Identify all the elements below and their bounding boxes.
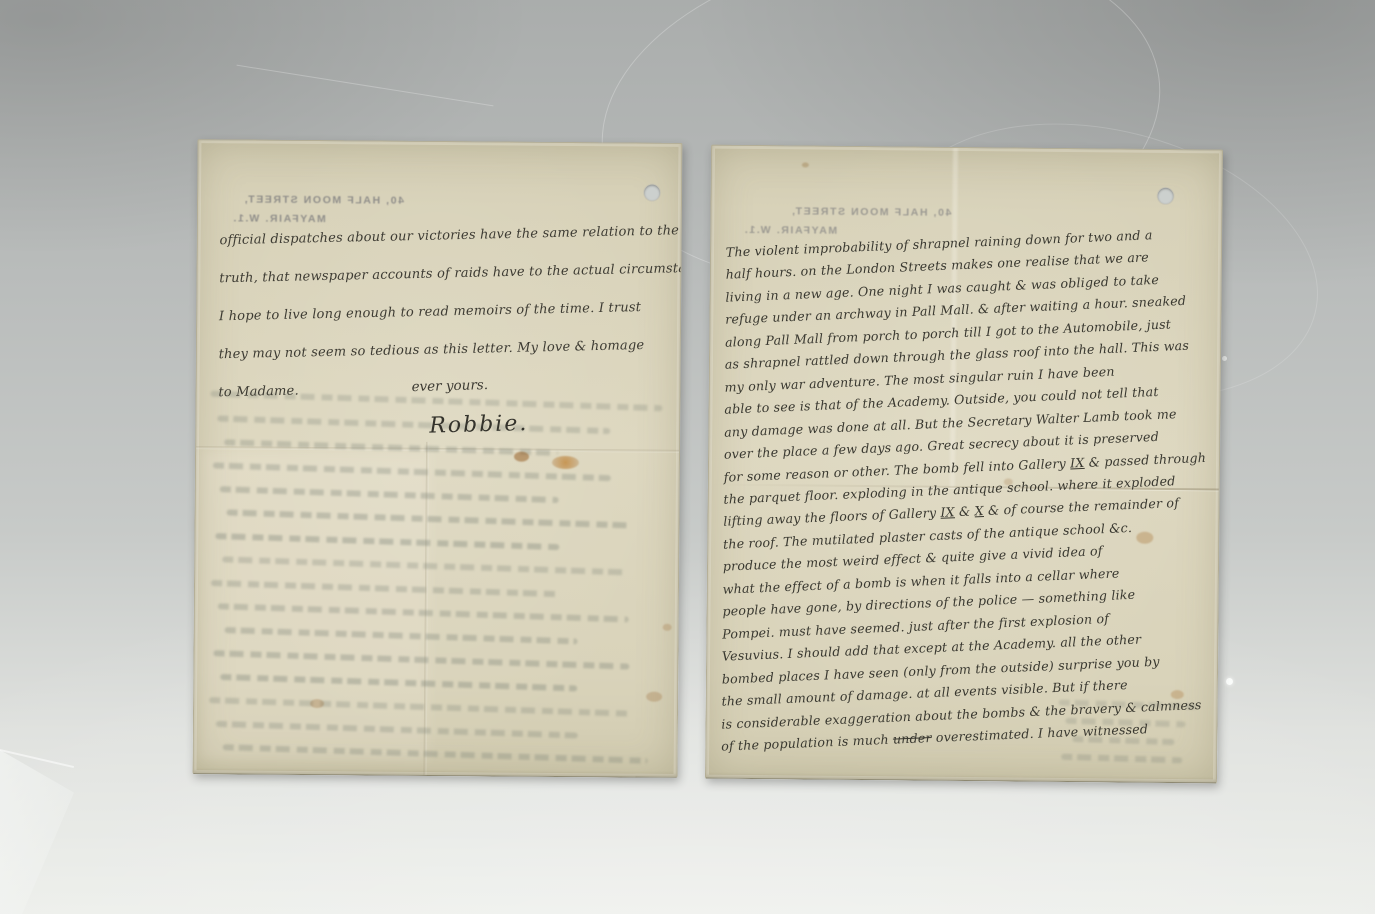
letter-page-left: 40, HALF MOON STREET, MAYFAIR. W.1. offi…: [193, 139, 683, 778]
foxing-stain: [1004, 478, 1013, 485]
ink-showthrough-line: [220, 486, 559, 503]
foxing-stain: [552, 456, 579, 469]
letterhead-address-line1: 40, HALF MOON STREET,: [737, 202, 951, 223]
surface-scratch: [237, 65, 494, 107]
ink-showthrough-line: [223, 744, 648, 764]
punch-hole: [644, 185, 660, 201]
plastic-sleeve-corner: [0, 750, 74, 914]
ink-showthrough-line: [224, 439, 558, 456]
valediction: ever yours.: [411, 377, 488, 395]
dust-speck: [1226, 678, 1233, 685]
foxing-stain: [646, 692, 662, 702]
ink-showthrough-line: [215, 533, 559, 550]
gallery-numeral: IX: [1070, 454, 1085, 470]
line-segment: & of course the remainder of: [983, 495, 1179, 518]
line-segment: of the population is much: [721, 732, 893, 754]
ink-showthrough-line: [225, 627, 578, 644]
dust-speck: [1222, 356, 1227, 361]
ink-showthrough-line: [222, 556, 629, 575]
handwriting-block: The violent improbability of shrapnel ra…: [721, 242, 1214, 763]
foxing-stain: [802, 162, 809, 167]
foxing-stain: [663, 624, 672, 631]
ink-showthrough-line: [217, 415, 610, 434]
struck-word: under: [893, 730, 932, 747]
ink-showthrough-line: [213, 650, 629, 669]
ink-showthrough-block: [208, 396, 663, 758]
line-segment: & passed through: [1084, 449, 1206, 469]
photograph-of-letter: { "colors": { "background_grey": "#c3c6c…: [0, 0, 1375, 914]
ink-showthrough-line: [211, 580, 559, 597]
foxing-stain: [310, 699, 324, 708]
foxing-stain: [1136, 532, 1153, 544]
line-segment: &: [954, 504, 974, 520]
foxing-stain: [1171, 690, 1184, 699]
signature: Robbie.: [429, 411, 529, 439]
ink-showthrough-line: [220, 674, 577, 692]
ink-showthrough-line: [209, 697, 629, 717]
foxing-stain: [514, 452, 529, 462]
punch-hole: [1158, 188, 1174, 204]
ink-showthrough-line: [227, 509, 629, 528]
line-segment: overestimated. I have witnessed: [931, 721, 1148, 745]
ink-showthrough-line: [216, 721, 578, 739]
gallery-numeral: IX: [940, 505, 955, 521]
ink-showthrough-line: [213, 462, 611, 481]
letter-page-right: 40, HALF MOON STREET, MAYFAIR. W.1. The …: [705, 145, 1223, 784]
letterhead-address-line1: 40, HALF MOON STREET,: [226, 190, 404, 210]
ink-showthrough-line: [218, 603, 629, 622]
